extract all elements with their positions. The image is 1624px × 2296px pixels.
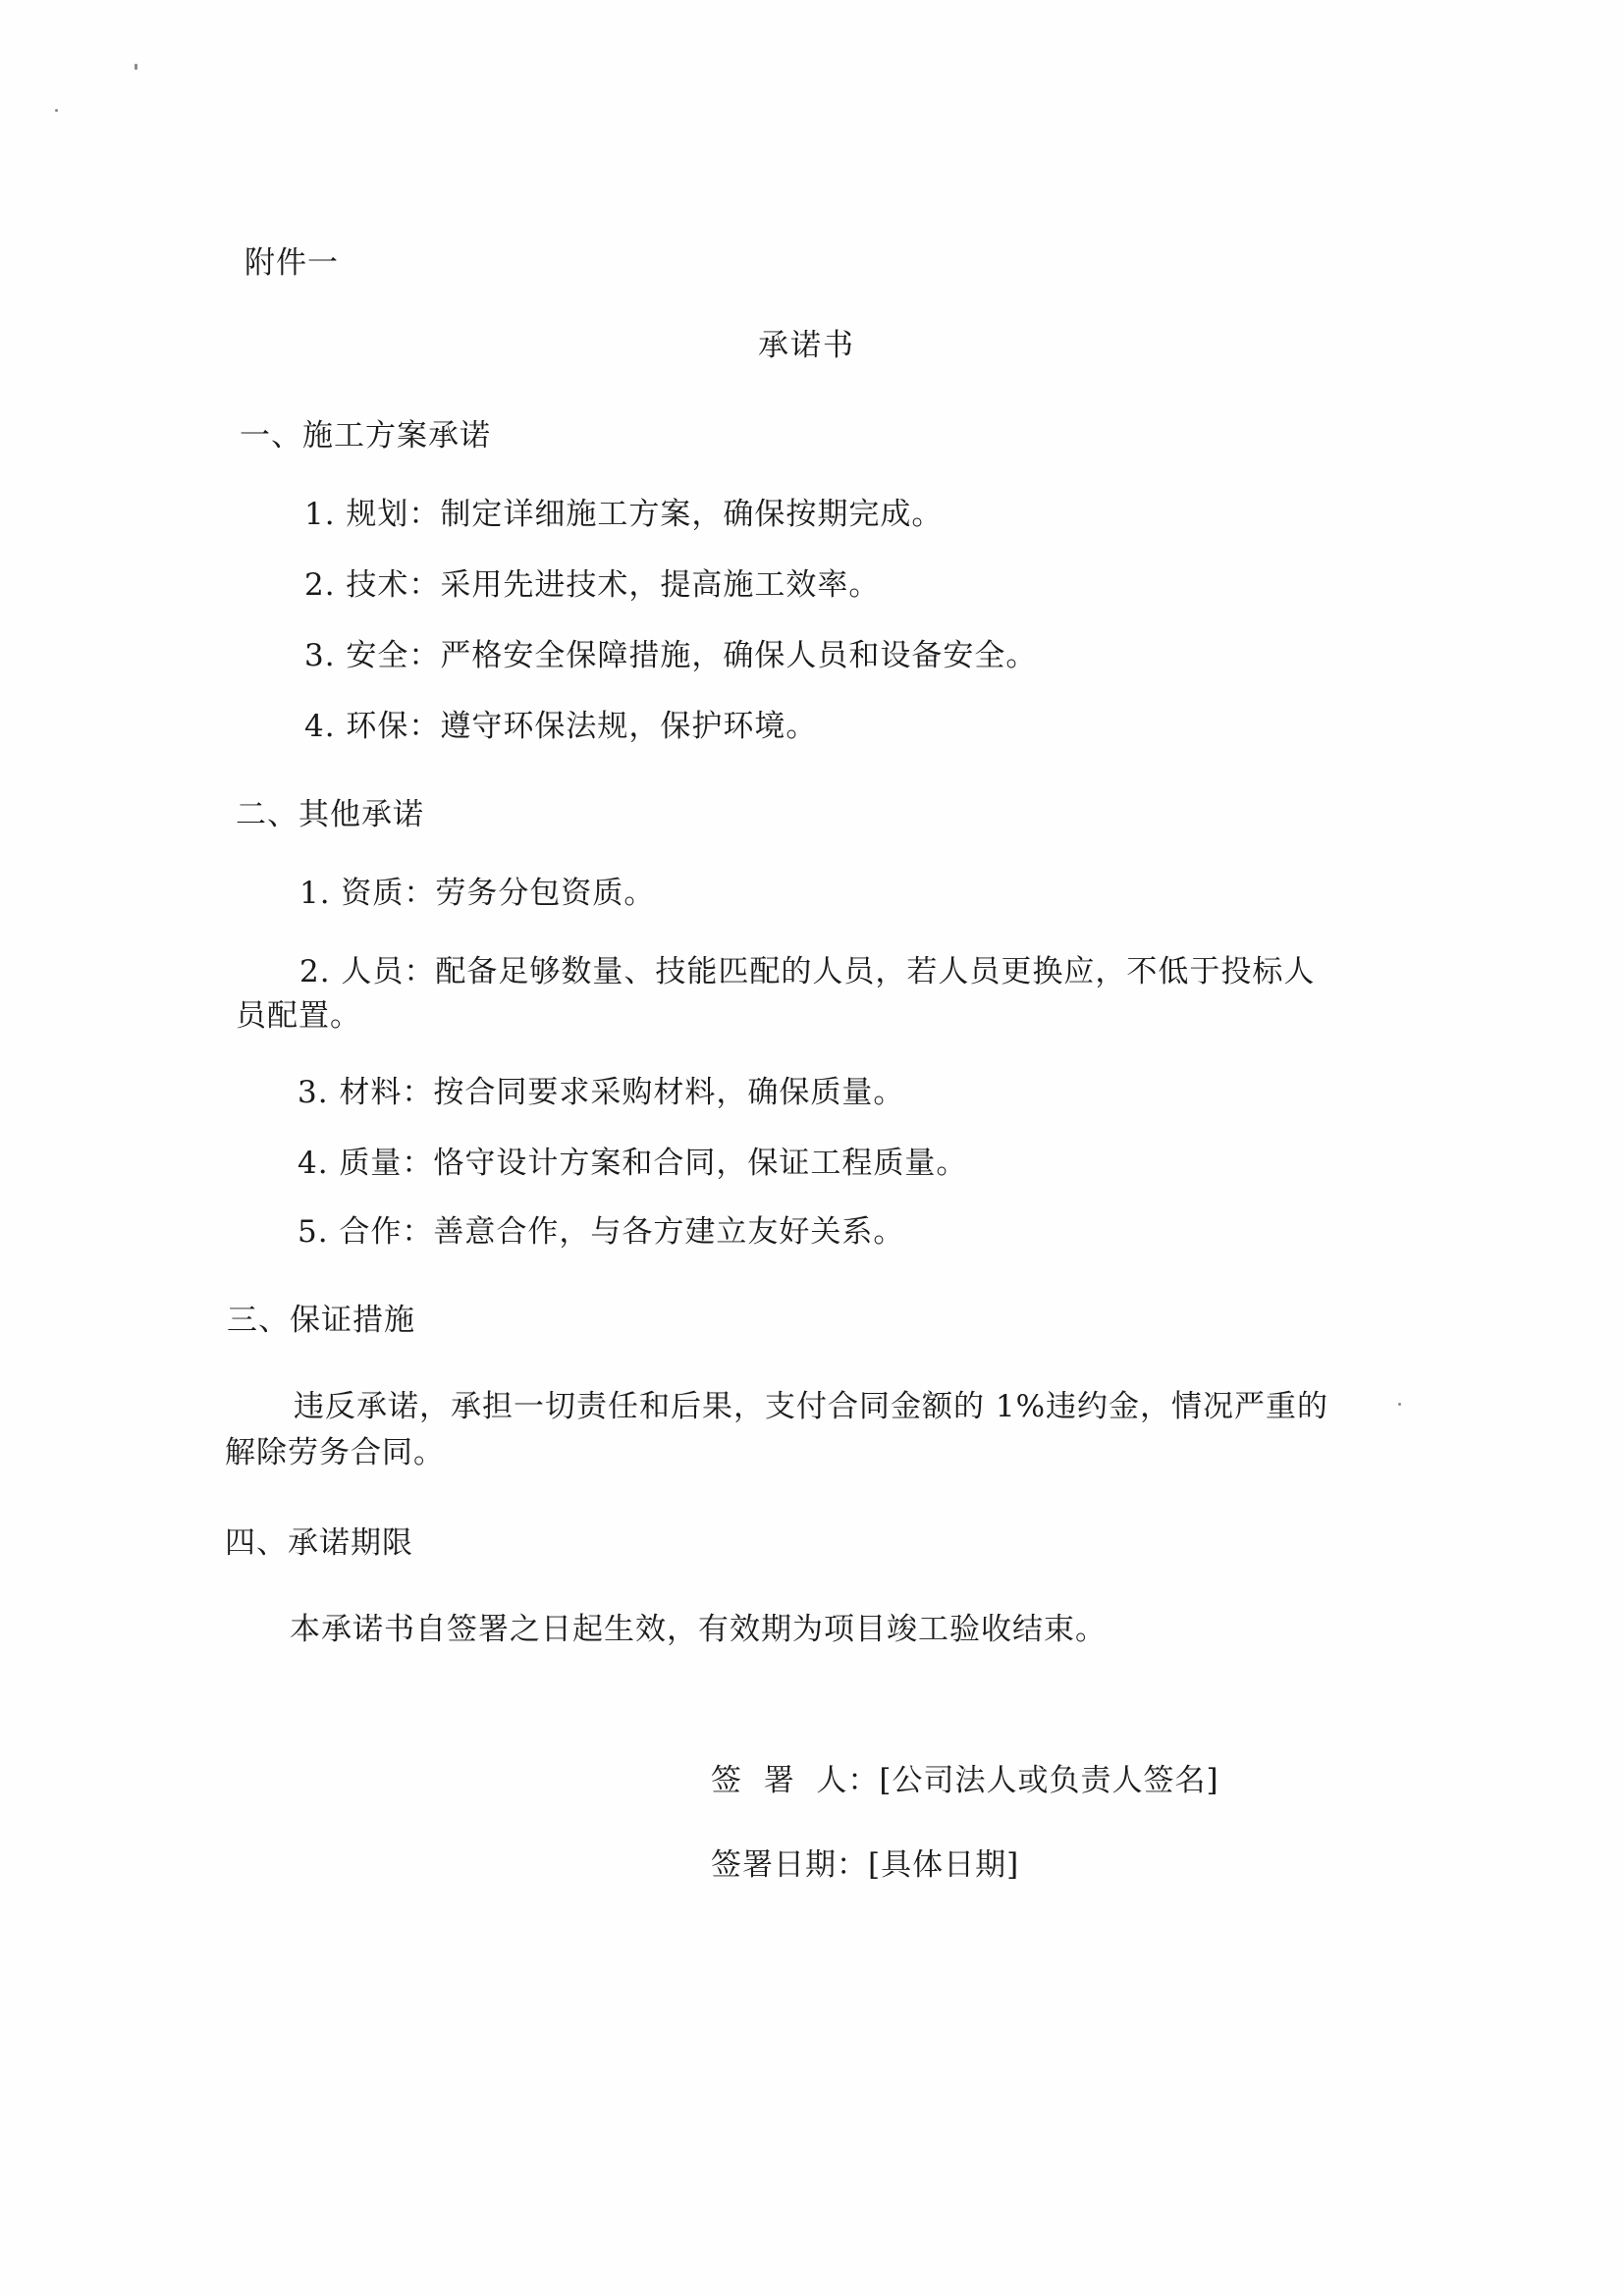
paragraph-line: 解除劳务合同。 — [225, 1433, 445, 1472]
document-title: 承诺书 — [758, 326, 855, 365]
list-item: 2. 人员：配备足够数量、技能匹配的人员，若人员更换应，不低于投标人 — [299, 952, 1315, 991]
list-item: 3. 安全：严格安全保障措施，确保人员和设备安全。 — [304, 636, 1037, 675]
attachment-label: 附件一 — [244, 243, 339, 283]
list-item: 5. 合作：善意合作，与各方建立友好关系。 — [298, 1212, 904, 1252]
list-item: 2. 技术：采用先进技术，提高施工效率。 — [304, 565, 880, 605]
list-item: 4. 环保：遵守环保法规，保护环境。 — [304, 707, 817, 746]
section-heading-guarantee-measures: 三、保证措施 — [227, 1301, 415, 1340]
list-item: 1. 规划：制定详细施工方案，确保按期完成。 — [304, 495, 943, 534]
scan-speck — [135, 64, 137, 70]
list-item-continuation: 员配置。 — [236, 996, 361, 1036]
signature-date-row: 签署日期：[具体日期] — [711, 1845, 1019, 1885]
document-page: 附件一 承诺书 一、施工方案承诺 1. 规划：制定详细施工方案，确保按期完成。 … — [0, 0, 1624, 2296]
section-heading-other-commitments: 二、其他承诺 — [236, 795, 424, 834]
list-item: 1. 资质：劳务分包资质。 — [299, 874, 655, 913]
date-value: [具体日期] — [868, 1847, 1019, 1883]
paragraph-line: 本承诺书自签署之日起生效，有效期为项目竣工验收结束。 — [290, 1610, 1107, 1649]
signature-signer-row: 签 署 人：[公司法人或负责人签名] — [711, 1761, 1219, 1800]
paragraph-line: 违反承诺，承担一切责任和后果，支付合同金额的 1%违约金，情况严重的 — [294, 1387, 1328, 1426]
list-item: 3. 材料：按合同要求采购材料，确保质量。 — [298, 1073, 904, 1112]
signer-label: 签 署 人： — [711, 1763, 879, 1798]
section-heading-commitment-period: 四、承诺期限 — [225, 1523, 413, 1563]
date-label: 签署日期： — [711, 1847, 868, 1883]
scan-speck — [1398, 1403, 1401, 1406]
scan-speck — [55, 109, 58, 112]
list-item: 4. 质量：恪守设计方案和合同，保证工程质量。 — [298, 1144, 967, 1183]
signer-value: [公司法人或负责人签名] — [879, 1763, 1218, 1798]
section-heading-construction-plan: 一、施工方案承诺 — [240, 416, 491, 455]
